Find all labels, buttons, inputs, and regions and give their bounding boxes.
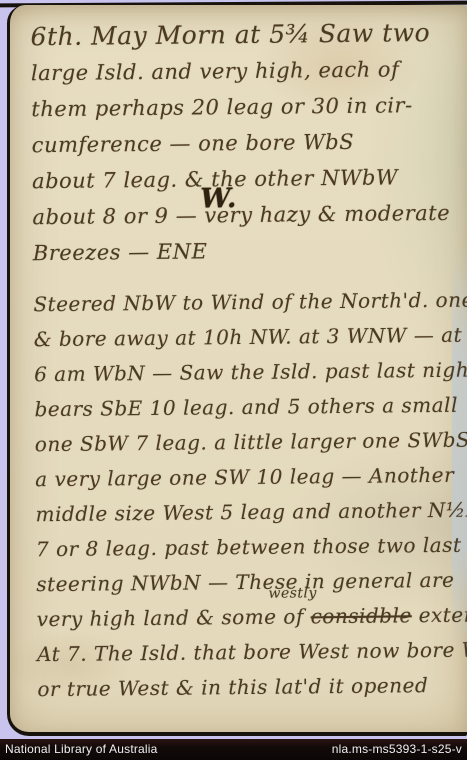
manuscript-line: 7 or 8 leag. past between those two last: [36, 528, 456, 567]
manuscript-line: one SbW 7 leag. a little larger one SWbS…: [35, 423, 455, 462]
manuscript-line: a very large one SW 10 leag — Another: [35, 458, 455, 497]
manuscript-line-with-correction: very high land & some of considble exten…: [37, 598, 457, 637]
paragraph-2: Steered NbW to Wind of the North'd. one …: [33, 283, 457, 707]
manuscript-line: At 7. The Isld. that bore West now bore …: [37, 633, 457, 672]
struck-out-word: considble: [311, 603, 412, 628]
viewer-footer-bar: National Library of Australia nla.ms-ms5…: [0, 739, 467, 760]
scan-viewer: 6th. May Morn at 5¾ Saw two large Isld. …: [0, 0, 467, 760]
manuscript-line: or true West & in this lat'd it opened: [37, 668, 457, 707]
handwritten-text: 6th. May Morn at 5¾ Saw two large Isld. …: [30, 15, 457, 707]
manuscript-line: bears SbE 10 leag. and 5 others a small: [34, 388, 454, 427]
manuscript-line: steering NWbN — These in general are: [36, 563, 456, 602]
paragraph-1: 6th. May Morn at 5¾ Saw two large Isld. …: [30, 15, 453, 271]
manuscript-line: 6th. May Morn at 5¾ Saw two: [30, 15, 450, 55]
manuscript-line: large Isld. and very high, each of: [31, 51, 451, 91]
manuscript-line: about 7 leag. & the other NWbW: [32, 159, 452, 199]
manuscript-line: about 8 or 9 — very hazy & moderate W.: [32, 195, 452, 235]
manuscript-line-text: very high land & some of: [37, 604, 311, 631]
image-identifier: nla.ms-ms5393-1-s25-v: [332, 739, 462, 760]
manuscript-line: them perhaps 20 leag or 30 in cir-: [31, 87, 451, 127]
manuscript-page: 6th. May Morn at 5¾ Saw two large Isld. …: [7, 5, 467, 736]
manuscript-line: Breezes — ENE: [33, 231, 453, 271]
manuscript-line: cumference — one bore WbS: [32, 123, 452, 163]
manuscript-line: 6 am WbN — Saw the Isld. past last night…: [34, 353, 454, 392]
manuscript-line-text: extent: [412, 602, 467, 627]
inserted-correction: westly: [268, 586, 317, 601]
manuscript-line: & bore away at 10h NW. at 3 WNW — at: [34, 318, 454, 357]
manuscript-line: Steered NbW to Wind of the North'd. one: [33, 283, 453, 322]
manuscript-line-text: about 8 or 9 — very hazy & moderate: [32, 201, 450, 229]
manuscript-line: middle size West 5 leag and another N½E: [35, 493, 455, 532]
inserted-word: W.: [200, 181, 237, 217]
library-name: National Library of Australia: [5, 739, 158, 760]
